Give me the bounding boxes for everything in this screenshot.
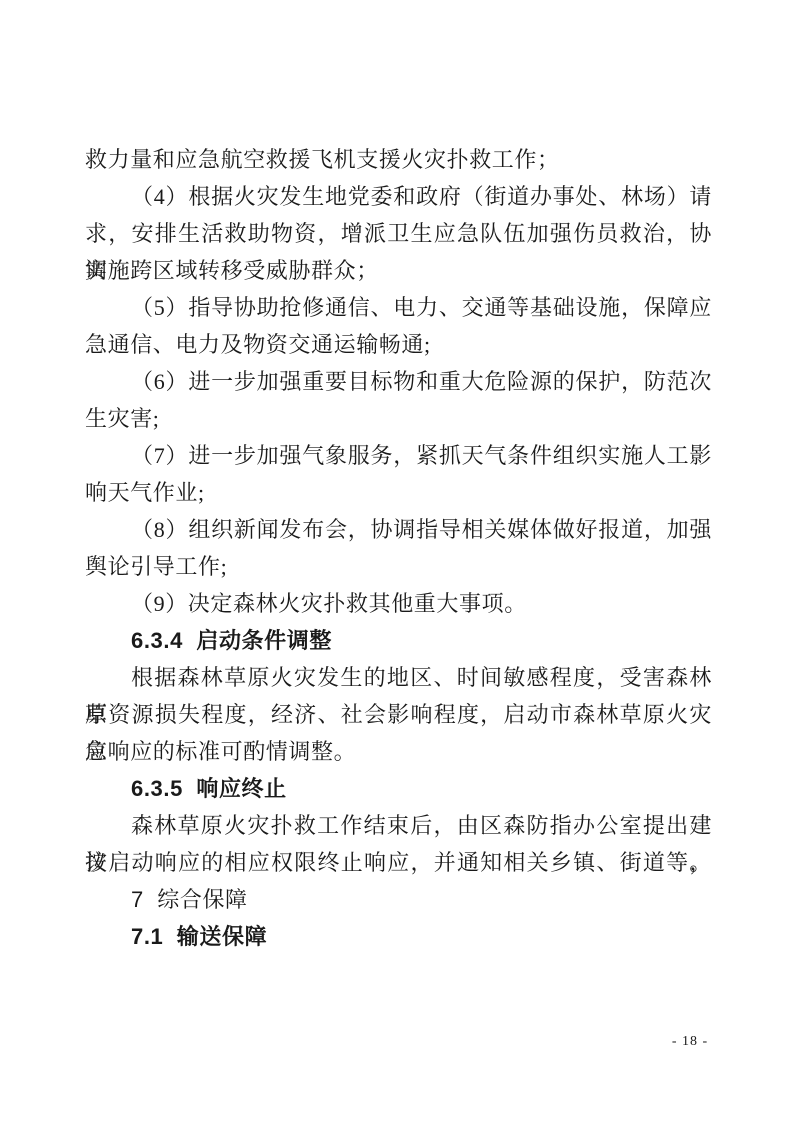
document-page: 救力量和应急航空救援飞机支援火灾扑救工作；（4）根据火灾发生地党委和政府（街道办… <box>0 0 793 1122</box>
text-line: （8）组织新闻发布会，协调指导相关媒体做好报道，加强 <box>85 511 712 548</box>
text-line: 7 综合保障 <box>85 881 712 918</box>
page-number: - 18 - <box>660 1034 720 1050</box>
text-line: 7.1 输送保障 <box>85 918 712 955</box>
text-line: 6.3.5 响应终止 <box>85 770 712 807</box>
text-line: 舆论引导工作; <box>85 548 712 585</box>
text-line: （6）进一步加强重要目标物和重大危险源的保护，防范次 <box>85 363 712 400</box>
text-line: 急响应的标准可酌情调整。 <box>85 733 712 770</box>
text-line: 实施跨区域转移受威胁群众； <box>85 252 712 289</box>
text-line: 按启动响应的相应权限终止响应，并通知相关乡镇、街道等。 <box>85 844 712 881</box>
text-line: （7）进一步加强气象服务，紧抓天气条件组织实施人工影 <box>85 437 712 474</box>
text-line: 根据森林草原火灾发生的地区、时间敏感程度，受害森林草 <box>85 659 712 696</box>
text-line: 响天气作业; <box>85 474 712 511</box>
text-line: 6.3.4 启动条件调整 <box>85 622 712 659</box>
text-line: 急通信、电力及物资交通运输畅通; <box>85 326 712 363</box>
text-line: 森林草原火灾扑救工作结束后，由区森防指办公室提出建议， <box>85 807 712 844</box>
text-line: 生灾害; <box>85 400 712 437</box>
text-line: 原资源损失程度，经济、社会影响程度，启动市森林草原火灾应 <box>85 696 712 733</box>
text-line: （5）指导协助抢修通信、电力、交通等基础设施，保障应 <box>85 289 712 326</box>
text-line: （9）决定森林火灾扑救其他重大事项。 <box>85 585 712 622</box>
text-line: 救力量和应急航空救援飞机支援火灾扑救工作； <box>85 141 712 178</box>
document-body: 救力量和应急航空救援飞机支援火灾扑救工作；（4）根据火灾发生地党委和政府（街道办… <box>85 141 712 955</box>
text-line: 求，安排生活救助物资，增派卫生应急队伍加强伤员救治，协调 <box>85 215 712 252</box>
text-line: （4）根据火灾发生地党委和政府（街道办事处、林场）请 <box>85 178 712 215</box>
